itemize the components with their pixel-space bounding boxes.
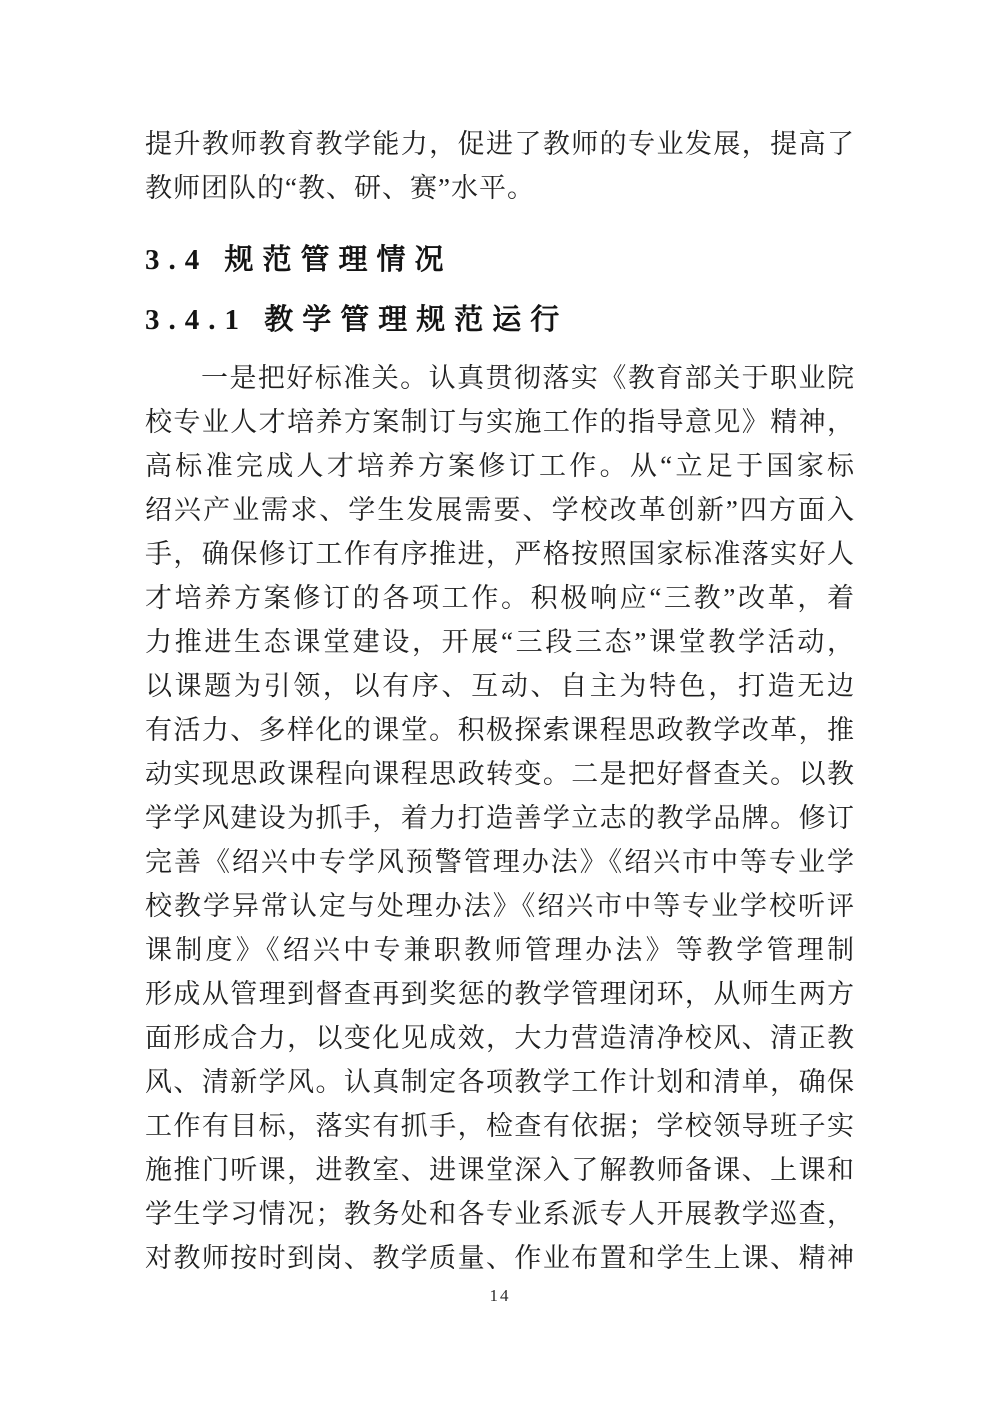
intro-paragraph: 提升教师教育教学能力，促进了教师的专业发展，提高了 教师团队的“教、研、赛”水平…: [145, 122, 855, 210]
document-page: 提升教师教育教学能力，促进了教师的专业发展，提高了 教师团队的“教、研、赛”水平…: [0, 0, 1000, 1414]
paragraph-line: 课制度》《绍兴中专兼职教师管理办法》等教学管理制度，: [145, 928, 855, 972]
main-paragraph: 一是把好标准关。认真贯彻落实《教育部关于职业院 校专业人才培养方案制订与实施工作…: [145, 356, 855, 1280]
paragraph-line: 风、清新学风。认真制定各项教学工作计划和清单，确保: [145, 1060, 855, 1104]
paragraph-line: 对教师按时到岗、教学质量、作业布置和学生上课、精神: [145, 1236, 855, 1280]
paragraph-line: 工作有目标，落实有抓手，检查有依据；学校领导班子实: [145, 1104, 855, 1148]
page-body: 提升教师教育教学能力，促进了教师的专业发展，提高了 教师团队的“教、研、赛”水平…: [145, 122, 855, 1280]
paragraph-line: 才培养方案修订的各项工作。积极响应“三教”改革，着: [145, 576, 855, 620]
paragraph-line: 高标准完成人才培养方案修订工作。从“立足于国家标准、: [145, 444, 855, 488]
paragraph-line: 完善《绍兴中专学风预警管理办法》《绍兴市中等专业学: [145, 840, 855, 884]
paragraph-line: 学生学习情况；教务处和各专业系派专人开展教学巡查，: [145, 1192, 855, 1236]
paragraph-line: 力推进生态课堂建设，开展“三段三态”课堂教学活动，: [145, 620, 855, 664]
page-number: 14: [0, 1286, 1000, 1306]
paragraph-line: 校专业人才培养方案制订与实施工作的指导意见》精神，: [145, 400, 855, 444]
paragraph-line: 形成从管理到督查再到奖惩的教学管理闭环，从师生两方: [145, 972, 855, 1016]
paragraph-line: 有活力、多样化的课堂。积极探索课程思政教学改革，推: [145, 708, 855, 752]
paragraph-line: 提升教师教育教学能力，促进了教师的专业发展，提高了: [145, 122, 855, 166]
paragraph-line: 学学风建设为抓手，着力打造善学立志的教学品牌。修订: [145, 796, 855, 840]
paragraph-line: 教师团队的“教、研、赛”水平。: [145, 166, 855, 210]
subsection-heading-3-4-1: 3.4.1 教学管理规范运行: [145, 298, 855, 342]
paragraph-line: 一是把好标准关。认真贯彻落实《教育部关于职业院: [145, 356, 855, 400]
section-heading-3-4: 3.4 规范管理情况: [145, 238, 855, 282]
paragraph-line: 校教学异常认定与处理办法》《绍兴市中等专业学校听评: [145, 884, 855, 928]
paragraph-line: 面形成合力，以变化见成效，大力营造清净校风、清正教: [145, 1016, 855, 1060]
paragraph-line: 施推门听课，进教室、进课堂深入了解教师备课、上课和: [145, 1148, 855, 1192]
paragraph-line: 手，确保修订工作有序推进，严格按照国家标准落实好人: [145, 532, 855, 576]
paragraph-line: 以课题为引领，以有序、互动、自主为特色，打造无边界、: [145, 664, 855, 708]
paragraph-line: 动实现思政课程向课程思政转变。二是把好督查关。以教: [145, 752, 855, 796]
paragraph-line: 绍兴产业需求、学生发展需要、学校改革创新”四方面入: [145, 488, 855, 532]
